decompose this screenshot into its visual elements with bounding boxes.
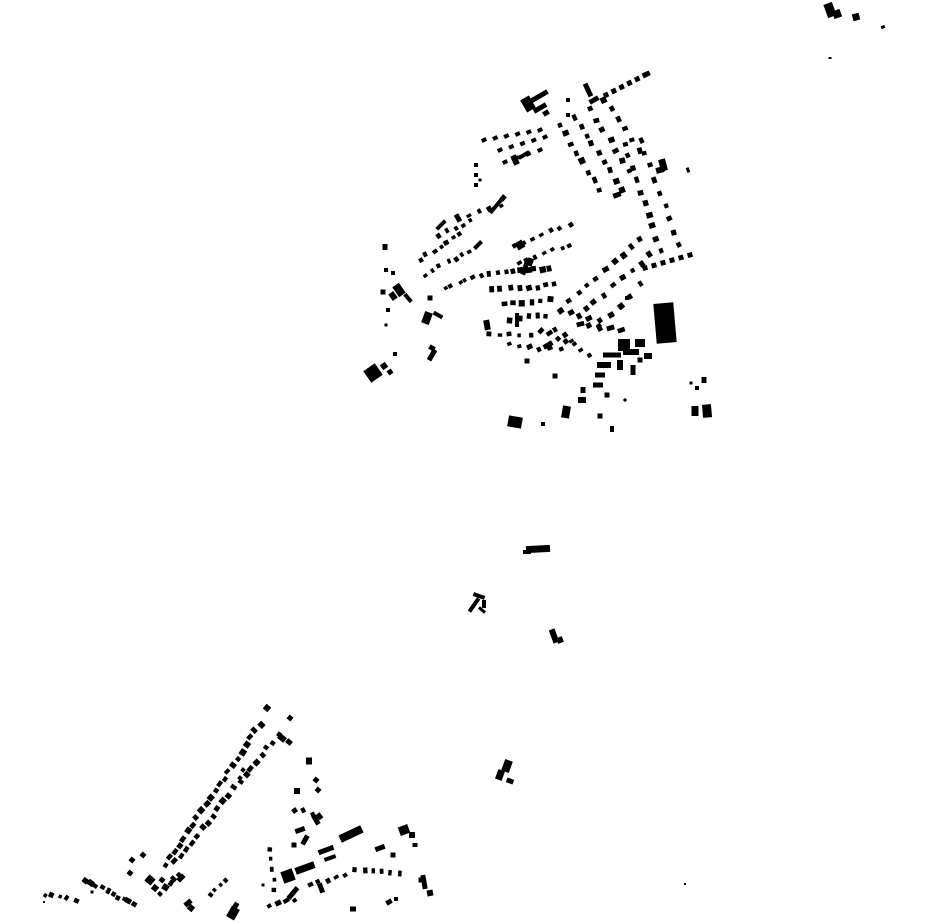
building xyxy=(350,907,356,912)
building xyxy=(551,281,556,286)
building xyxy=(292,898,298,904)
building xyxy=(676,241,682,247)
building xyxy=(333,874,339,880)
building xyxy=(546,265,552,272)
building xyxy=(193,833,200,840)
building xyxy=(272,888,277,892)
building xyxy=(601,292,607,299)
building xyxy=(579,123,585,130)
building xyxy=(126,869,133,876)
building xyxy=(454,213,462,222)
building xyxy=(139,851,146,858)
building xyxy=(558,346,564,352)
building xyxy=(588,140,595,147)
building xyxy=(205,820,213,828)
building xyxy=(482,600,486,608)
building xyxy=(584,282,590,288)
building xyxy=(702,377,707,383)
building xyxy=(243,740,251,748)
building xyxy=(409,832,415,838)
building xyxy=(388,870,392,876)
building xyxy=(615,115,622,122)
building xyxy=(631,365,636,375)
building xyxy=(269,857,272,861)
building xyxy=(218,797,227,806)
building xyxy=(230,784,238,791)
building xyxy=(595,373,605,378)
building xyxy=(453,256,459,263)
building xyxy=(386,308,390,312)
building xyxy=(479,179,482,182)
building xyxy=(603,353,621,358)
building xyxy=(433,311,444,319)
building xyxy=(413,843,418,847)
building xyxy=(287,886,300,900)
building xyxy=(394,897,398,901)
building xyxy=(229,761,237,769)
building xyxy=(557,122,563,128)
building xyxy=(306,758,312,765)
building xyxy=(514,131,520,137)
building xyxy=(562,129,570,136)
building xyxy=(325,878,331,885)
building xyxy=(543,282,549,288)
building xyxy=(238,748,247,757)
building xyxy=(510,268,516,274)
building xyxy=(619,251,627,260)
building xyxy=(567,309,575,316)
building xyxy=(398,870,402,876)
building xyxy=(342,872,348,878)
building xyxy=(423,273,428,278)
building xyxy=(166,853,173,860)
building xyxy=(581,387,586,393)
building xyxy=(157,891,163,897)
building xyxy=(606,324,615,331)
building xyxy=(203,800,211,808)
building xyxy=(473,240,483,250)
building xyxy=(111,891,117,897)
building xyxy=(447,283,453,289)
building xyxy=(212,887,217,892)
building xyxy=(634,76,641,83)
building xyxy=(468,597,480,612)
building xyxy=(530,299,534,305)
building xyxy=(605,393,610,398)
building xyxy=(317,882,325,893)
building xyxy=(578,347,584,352)
building xyxy=(625,152,631,158)
building xyxy=(530,237,536,242)
building xyxy=(432,248,438,254)
building xyxy=(612,147,620,154)
building xyxy=(503,133,509,139)
building xyxy=(537,327,544,334)
building xyxy=(419,878,424,883)
building xyxy=(652,236,659,243)
building xyxy=(642,200,649,207)
building xyxy=(619,157,626,164)
building xyxy=(531,137,537,143)
building xyxy=(623,142,629,147)
building xyxy=(637,190,644,196)
building xyxy=(504,269,509,274)
building xyxy=(636,236,643,243)
building xyxy=(128,856,135,863)
building xyxy=(556,225,562,231)
building xyxy=(385,324,388,327)
building xyxy=(660,260,666,266)
building xyxy=(151,884,159,892)
building xyxy=(623,398,627,402)
building xyxy=(497,147,503,153)
building xyxy=(294,788,300,794)
building xyxy=(224,792,232,800)
building xyxy=(381,290,386,295)
building xyxy=(435,233,441,240)
building xyxy=(852,13,861,22)
building xyxy=(510,300,515,305)
building xyxy=(630,268,636,274)
building xyxy=(539,266,547,274)
building xyxy=(619,274,627,281)
building xyxy=(576,289,582,295)
building xyxy=(692,406,699,416)
building xyxy=(508,284,514,290)
building xyxy=(547,296,553,302)
building xyxy=(222,776,228,783)
building xyxy=(596,150,603,157)
building xyxy=(881,25,886,29)
building xyxy=(566,98,570,102)
building xyxy=(451,235,456,240)
building xyxy=(538,232,544,237)
building xyxy=(568,222,575,229)
building xyxy=(294,826,305,834)
building xyxy=(393,352,397,356)
building xyxy=(507,341,512,346)
building xyxy=(58,894,63,899)
building xyxy=(312,776,319,783)
building xyxy=(576,312,583,319)
building xyxy=(144,874,155,885)
building xyxy=(610,88,617,95)
building xyxy=(651,262,657,268)
building xyxy=(573,150,579,157)
building xyxy=(250,726,258,734)
building xyxy=(613,178,621,185)
building xyxy=(657,190,663,196)
building xyxy=(171,848,178,856)
building xyxy=(479,273,485,279)
building xyxy=(314,786,321,793)
building xyxy=(176,842,183,849)
building xyxy=(292,843,297,848)
building xyxy=(663,203,668,209)
building xyxy=(566,243,572,249)
building xyxy=(240,767,246,773)
building xyxy=(646,212,654,219)
building xyxy=(466,213,472,218)
building xyxy=(259,752,266,759)
building xyxy=(583,83,593,98)
building xyxy=(519,300,525,307)
building xyxy=(197,806,206,815)
building xyxy=(223,877,229,883)
building xyxy=(562,331,569,338)
building xyxy=(430,268,435,273)
building xyxy=(596,317,603,324)
building xyxy=(541,422,545,426)
building xyxy=(686,167,691,173)
building xyxy=(586,352,592,358)
building xyxy=(635,339,645,347)
building xyxy=(372,868,375,873)
building xyxy=(363,363,382,382)
building xyxy=(324,854,337,862)
building xyxy=(687,252,693,258)
building xyxy=(537,147,543,153)
northeast-outliers xyxy=(823,2,885,59)
building xyxy=(269,740,275,746)
building xyxy=(576,321,585,327)
building xyxy=(585,170,591,176)
building xyxy=(474,163,478,167)
building xyxy=(391,271,395,275)
building xyxy=(497,286,502,292)
building xyxy=(552,327,558,333)
building xyxy=(428,296,433,301)
building xyxy=(585,322,592,329)
building xyxy=(263,704,271,712)
building xyxy=(638,137,644,144)
building xyxy=(542,134,548,140)
building xyxy=(294,861,315,874)
building xyxy=(272,878,276,882)
building xyxy=(651,176,658,183)
building xyxy=(507,415,523,428)
building xyxy=(567,141,574,147)
building xyxy=(508,144,514,150)
building xyxy=(597,362,611,368)
building xyxy=(565,297,572,304)
building xyxy=(531,266,536,272)
building xyxy=(653,302,676,344)
building xyxy=(495,270,500,275)
building xyxy=(644,353,652,359)
building xyxy=(546,329,554,336)
building xyxy=(300,834,309,845)
building xyxy=(529,333,533,338)
building xyxy=(658,248,664,254)
building xyxy=(498,333,503,337)
building xyxy=(578,157,586,166)
building xyxy=(626,80,633,87)
building xyxy=(387,369,394,376)
building xyxy=(403,293,412,303)
building xyxy=(526,129,532,135)
building xyxy=(477,208,483,214)
building xyxy=(598,126,605,133)
building xyxy=(516,260,522,266)
building xyxy=(607,311,615,319)
building xyxy=(460,223,466,229)
building xyxy=(286,714,293,721)
building xyxy=(542,109,550,116)
building xyxy=(648,222,656,229)
building xyxy=(517,285,522,292)
building xyxy=(189,840,196,847)
building xyxy=(515,313,519,327)
building xyxy=(666,215,673,222)
building xyxy=(628,243,635,250)
building xyxy=(213,805,220,812)
building xyxy=(527,313,532,319)
building xyxy=(444,227,449,233)
building xyxy=(285,738,293,746)
building xyxy=(338,825,363,842)
building xyxy=(468,218,473,223)
building xyxy=(422,251,428,257)
building xyxy=(489,286,494,293)
building xyxy=(560,246,565,251)
building xyxy=(596,187,602,193)
building xyxy=(436,263,442,269)
building xyxy=(307,881,314,887)
building xyxy=(617,360,623,370)
building xyxy=(589,298,597,306)
building xyxy=(257,721,265,729)
building xyxy=(163,862,169,868)
building xyxy=(584,133,590,139)
building xyxy=(481,137,487,143)
building xyxy=(557,307,565,315)
building xyxy=(300,807,306,813)
building xyxy=(48,892,55,899)
building xyxy=(647,162,653,168)
building xyxy=(483,320,491,331)
building xyxy=(506,777,514,784)
building xyxy=(555,336,561,342)
building xyxy=(637,280,643,287)
figure-ground-map xyxy=(0,0,930,924)
building xyxy=(506,331,511,336)
building xyxy=(262,884,265,887)
building xyxy=(453,225,459,231)
building xyxy=(170,857,178,865)
building xyxy=(224,768,231,775)
building xyxy=(541,250,547,255)
building xyxy=(583,305,590,312)
building xyxy=(213,787,219,793)
building xyxy=(64,895,70,901)
building xyxy=(525,359,530,364)
northern-settlement xyxy=(363,70,712,432)
building xyxy=(587,105,593,111)
building xyxy=(690,382,693,385)
building xyxy=(91,891,94,894)
building xyxy=(535,285,540,291)
building xyxy=(602,266,610,274)
building xyxy=(548,227,554,233)
building xyxy=(199,823,207,831)
building xyxy=(73,898,79,904)
building xyxy=(427,890,434,897)
building xyxy=(607,167,613,174)
building xyxy=(525,284,532,291)
building xyxy=(593,118,600,124)
building xyxy=(571,114,577,121)
building xyxy=(363,867,368,873)
building xyxy=(384,268,388,272)
building xyxy=(43,893,48,898)
building xyxy=(527,89,549,104)
building xyxy=(655,166,664,174)
building xyxy=(252,758,260,766)
building xyxy=(474,183,478,187)
building xyxy=(592,176,598,184)
building xyxy=(608,136,616,143)
building xyxy=(638,358,643,363)
building xyxy=(610,282,617,289)
building xyxy=(267,847,272,852)
building xyxy=(535,312,539,318)
building xyxy=(43,901,45,903)
building xyxy=(458,280,463,285)
building xyxy=(617,327,625,334)
building xyxy=(447,258,452,264)
building xyxy=(553,374,558,379)
building xyxy=(439,244,444,249)
building xyxy=(421,311,433,325)
building xyxy=(537,127,543,133)
building xyxy=(266,903,272,909)
building xyxy=(218,882,223,887)
building xyxy=(523,550,531,554)
building xyxy=(189,822,196,829)
building xyxy=(617,302,625,310)
building xyxy=(625,296,629,300)
building xyxy=(507,317,513,323)
building xyxy=(274,899,282,906)
building xyxy=(702,404,712,418)
building xyxy=(246,733,253,740)
building xyxy=(470,274,476,280)
building xyxy=(318,845,335,855)
building xyxy=(235,756,241,762)
building xyxy=(671,229,677,235)
building xyxy=(208,892,214,898)
building xyxy=(352,867,357,872)
building xyxy=(487,271,492,277)
building xyxy=(383,244,388,250)
building xyxy=(192,814,199,821)
building xyxy=(634,176,640,183)
building xyxy=(398,824,410,836)
building xyxy=(517,344,522,349)
building xyxy=(562,338,569,345)
building xyxy=(578,397,586,403)
building xyxy=(183,846,190,853)
building xyxy=(601,159,608,165)
building xyxy=(216,780,223,787)
building xyxy=(526,343,533,350)
building xyxy=(519,141,525,147)
building xyxy=(623,349,639,355)
building xyxy=(609,105,616,112)
building xyxy=(443,286,448,291)
building xyxy=(374,844,385,852)
